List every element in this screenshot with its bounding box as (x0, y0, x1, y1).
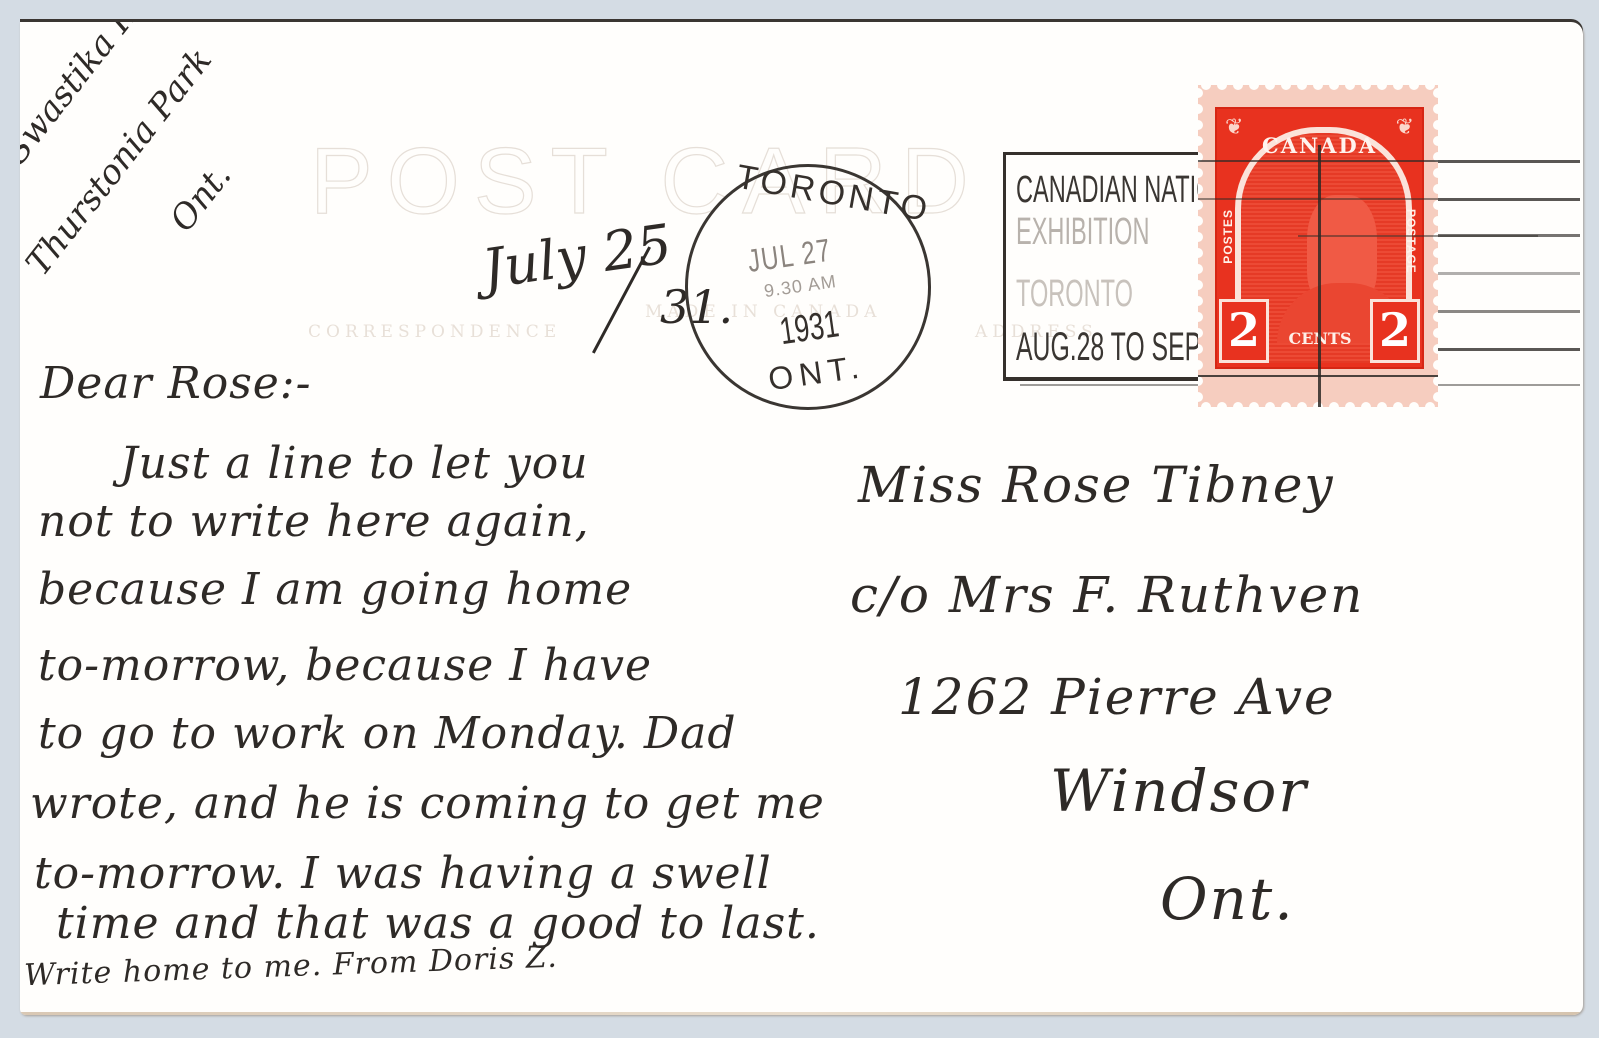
printed-correspondence-label: CORRESPONDENCE (308, 322, 561, 342)
slogan-cancel: CANADIAN NATIONAL EXHIBITION TORONTO AUG… (1003, 152, 1206, 381)
postmark-year: 1931 (777, 303, 842, 354)
address-line-street: 1262 Pierre Ave (898, 672, 1336, 722)
postcard: POST CARD MADE IN CANADA CORRESPONDENCE … (20, 22, 1583, 1015)
address-line-province: Ont. (1160, 870, 1295, 928)
address-line-city: Windsor (1050, 762, 1308, 820)
message-line: wrote, and he is coming to get me (30, 782, 825, 826)
stamp-postes: POSTES (1221, 209, 1235, 264)
message-line: because I am going home (38, 568, 632, 612)
message-signoff: Write home to me. From Doris Z. (24, 943, 559, 992)
message-line: not to write here again, (38, 500, 590, 544)
message-line: time and that was a good to last. (56, 902, 820, 946)
stamp-value-left: 2 (1219, 299, 1269, 363)
address-line-care-of: c/o Mrs F. Ruthven (850, 570, 1364, 620)
stamp-postage: POSTAGE (1404, 209, 1418, 274)
slogan-line2: EXHIBITION (1016, 211, 1150, 254)
message-line: Just a line to let you (120, 442, 589, 486)
message-greeting: Dear Rose:- (40, 362, 312, 406)
slogan-line3: TORONTO (1016, 273, 1133, 316)
stamp-value-right: 2 (1370, 299, 1420, 363)
message-line: to go to work on Monday. Dad (38, 712, 737, 756)
message-line: to-morrow. I was having a swell (34, 852, 772, 896)
address-line-name: Miss Rose Tibney (858, 460, 1335, 510)
postmark-province: ONT. (766, 348, 867, 398)
return-location-line3: Ont. (165, 158, 238, 237)
postage-stamp: ❦ ❦ CANADA POSTES POSTAGE 2 2 CENTS (1198, 85, 1438, 407)
message-line: to-morrow, because I have (38, 644, 652, 688)
